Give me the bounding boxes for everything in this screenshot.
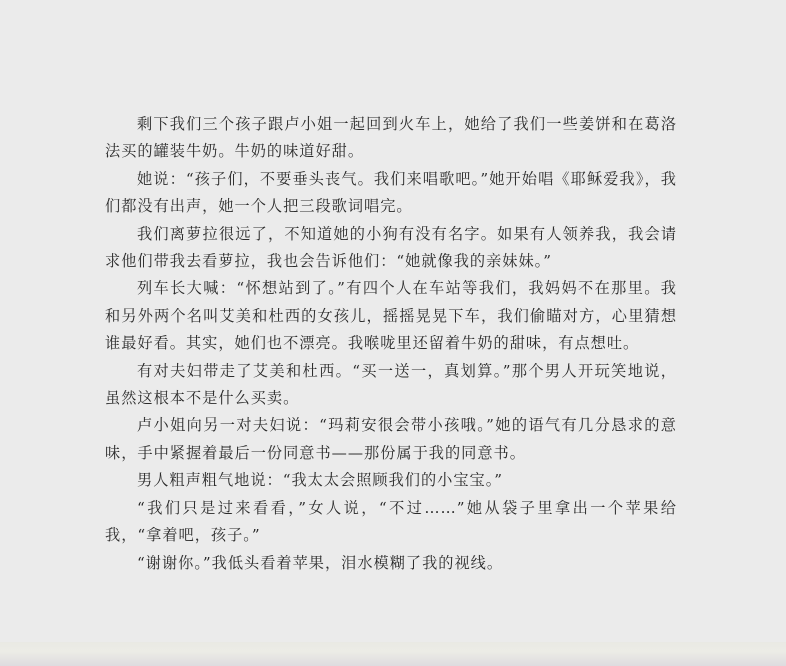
paragraph-1: 剩下我们三个孩子跟卢小姐一起回到火车上，她给了我们一些姜饼和在葛洛法买的罐装牛奶…	[105, 111, 677, 166]
paragraph-7: 男人粗声粗气地说：“我太太会照顾我们的小宝宝。”	[105, 467, 677, 494]
paragraph-2: 她说：“孩子们，不要垂头丧气。我们来唱歌吧。”她开始唱《耶稣爱我》，我们都没有出…	[105, 166, 677, 221]
paragraph-5: 有对夫妇带走了艾美和杜西。“买一送一，真划算。”那个男人开玩笑地说，虽然这根本不…	[105, 358, 677, 413]
paragraph-3: 我们离萝拉很远了，不知道她的小狗有没有名字。如果有人领养我，我会请求他们带我去看…	[105, 221, 677, 276]
paragraph-6: 卢小姐向另一对夫妇说：“玛莉安很会带小孩哦。”她的语气有几分恳求的意味，手中紧握…	[105, 412, 677, 467]
paragraph-4: 列车长大喊：“怀想站到了。”有四个人在车站等我们，我妈妈不在那里。我和另外两个名…	[105, 275, 677, 357]
paragraph-8: “我们只是过来看看，”女人说，“不过……”她从袋子里拿出一个苹果给我，“拿着吧，…	[105, 495, 677, 550]
page-bottom-edge	[0, 642, 786, 666]
body-text: 剩下我们三个孩子跟卢小姐一起回到火车上，她给了我们一些姜饼和在葛洛法买的罐装牛奶…	[105, 111, 677, 577]
paragraph-9: “谢谢你。”我低头看着苹果，泪水模糊了我的视线。	[105, 550, 677, 577]
scanned-page: 剩下我们三个孩子跟卢小姐一起回到火车上，她给了我们一些姜饼和在葛洛法买的罐装牛奶…	[0, 0, 786, 642]
